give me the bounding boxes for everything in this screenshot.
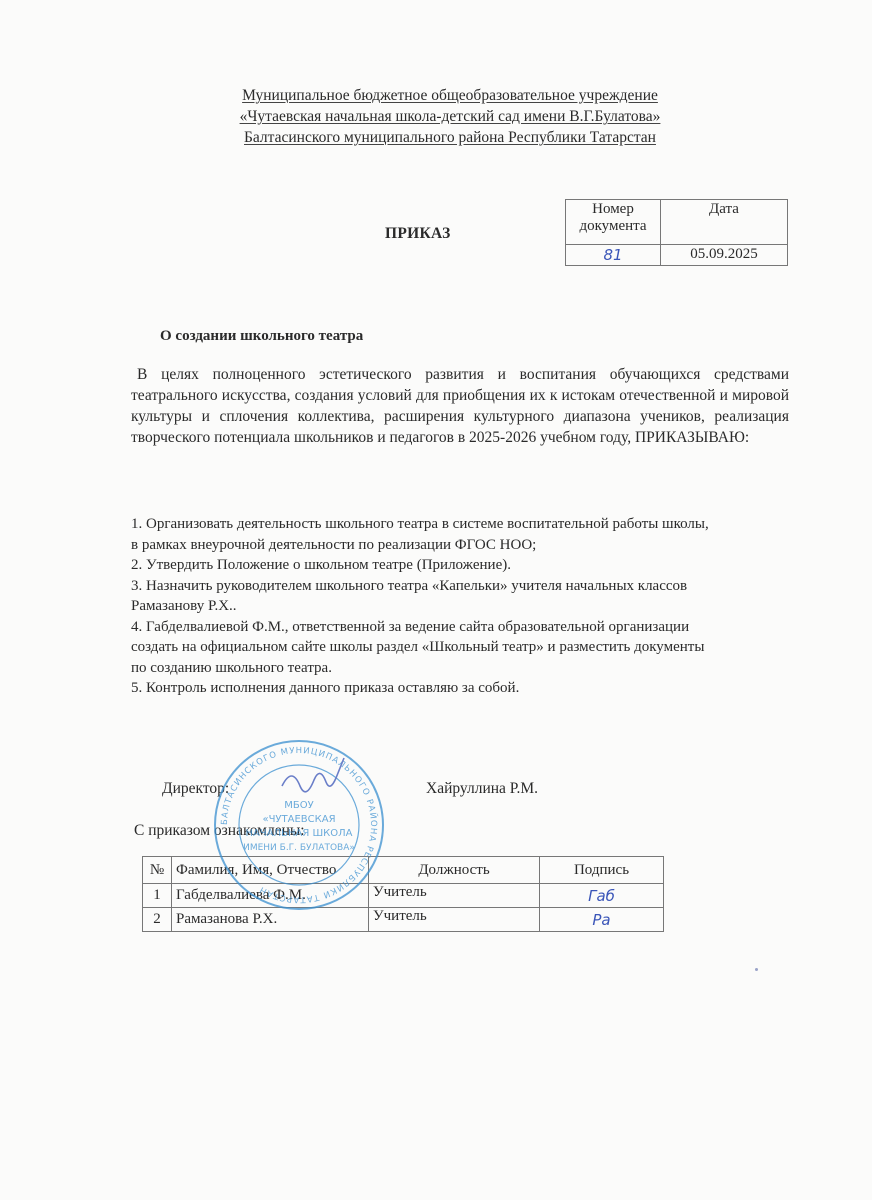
order-item-line: 2. Утвердить Положение о школьном театре…	[131, 555, 811, 576]
table-row: 2 Рамазанова Р.Х. Учитель Ра	[143, 908, 664, 932]
acquainted-label: С приказом ознакомлены:	[134, 822, 305, 840]
col-header-signature: Подпись	[540, 857, 664, 884]
svg-text:ИМЕНИ Б.Г. БУЛАТОВА»: ИМЕНИ Б.Г. БУЛАТОВА»	[243, 843, 355, 853]
row-number: 2	[143, 908, 172, 932]
header-line-1: Муниципальное бюджетное общеобразователь…	[150, 85, 750, 106]
order-item-line: в рамках внеурочной деятельности по реал…	[131, 535, 811, 556]
doc-number-header: Номер документа	[566, 200, 661, 245]
document-number-table: Номер документа Дата 81 05.09.2025	[565, 199, 788, 266]
doc-number-value: 81	[566, 245, 661, 266]
col-header-position: Должность	[369, 857, 540, 884]
order-item-line: 3. Назначить руководителем школьного теа…	[131, 576, 811, 597]
col-header-fio: Фамилия, Имя, Отчество	[172, 857, 369, 884]
order-subject: О создании школьного театра	[160, 328, 363, 345]
doc-date-header: Дата	[661, 200, 788, 245]
order-item-line: 5. Контроль исполнения данного приказа о…	[131, 678, 811, 699]
scan-speck	[755, 968, 758, 971]
header-line-3: Балтасинского муниципального района Респ…	[150, 127, 750, 148]
row-number: 1	[143, 884, 172, 908]
row-fio: Рамазанова Р.Х.	[172, 908, 369, 932]
doc-date-value: 05.09.2025	[661, 245, 788, 266]
order-item-line: 1. Организовать деятельность школьного т…	[131, 514, 811, 535]
row-position: Учитель	[369, 884, 540, 908]
director-label: Директор:	[162, 780, 229, 798]
order-items: 1. Организовать деятельность школьного т…	[131, 514, 811, 699]
order-item-line: по созданию школьного театра.	[131, 658, 811, 679]
row-position: Учитель	[369, 908, 540, 932]
row-signature: Габ	[540, 884, 664, 908]
order-item-line: 4. Габделвалиевой Ф.М., ответственной за…	[131, 617, 811, 638]
order-item-line: создать на официальном сайте школы разде…	[131, 637, 811, 658]
acquaintance-table: № Фамилия, Имя, Отчество Должность Подпи…	[142, 856, 664, 932]
preamble-paragraph: В целях полноценного эстетического разви…	[131, 364, 789, 448]
director-signature-scribble	[282, 758, 344, 792]
row-signature: Ра	[540, 908, 664, 932]
svg-text:МБОУ: МБОУ	[284, 800, 313, 811]
col-header-number: №	[143, 857, 172, 884]
row-fio: Габделвалиева Ф.М.	[172, 884, 369, 908]
header-line-2: «Чутаевская начальная школа-детский сад …	[150, 106, 750, 127]
director-name: Хайруллина Р.М.	[426, 780, 538, 798]
order-item-line: Рамазанову Р.Х..	[131, 596, 811, 617]
table-row: 1 Габделвалиева Ф.М. Учитель Габ	[143, 884, 664, 908]
organization-header: Муниципальное бюджетное общеобразователь…	[150, 85, 750, 148]
document-title: ПРИКАЗ	[385, 225, 451, 243]
